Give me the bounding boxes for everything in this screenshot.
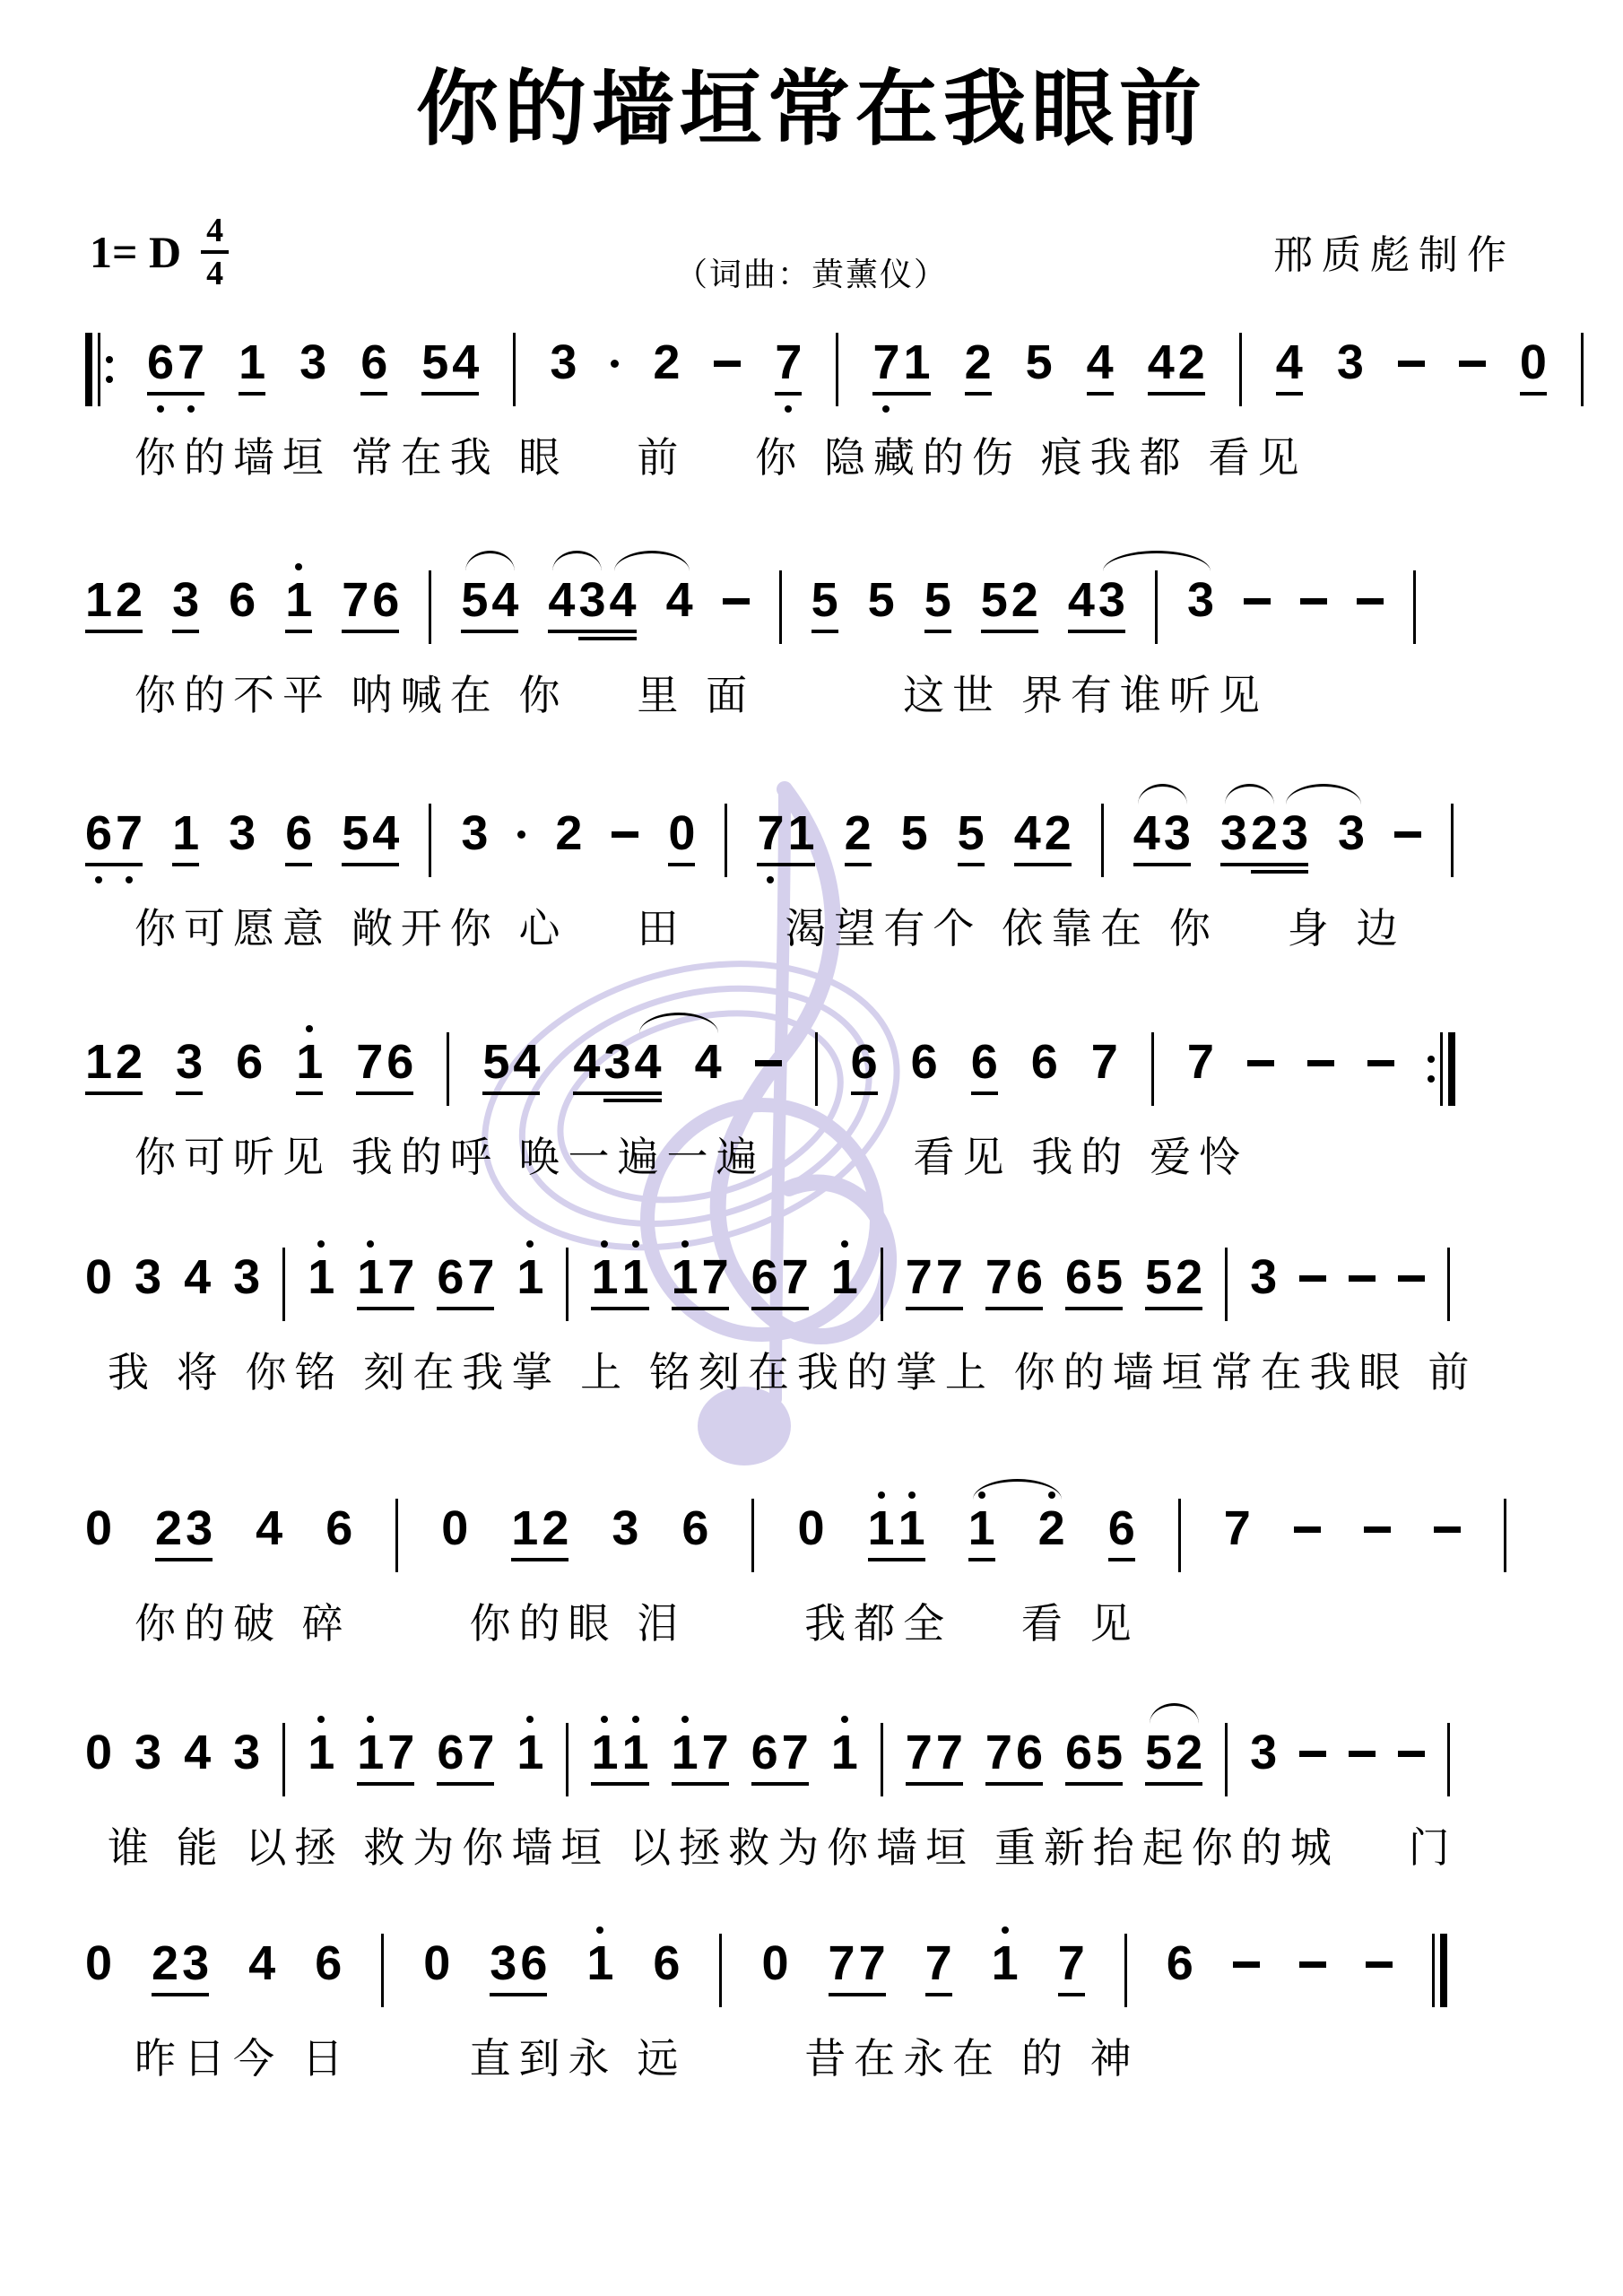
note-7: 7 bbox=[356, 1022, 383, 1118]
dash-extension bbox=[612, 831, 638, 838]
note-4: 4 bbox=[548, 560, 575, 656]
underline-slot bbox=[1091, 1088, 1118, 1102]
duration-underline bbox=[936, 1307, 963, 1310]
note-digit: 1 bbox=[85, 574, 112, 626]
duration-underline bbox=[936, 1782, 963, 1786]
note-4: 4 bbox=[372, 793, 399, 889]
note-1: 1 bbox=[622, 1712, 649, 1808]
underline-slot bbox=[622, 1779, 649, 1793]
note-digit: 1 bbox=[172, 807, 199, 859]
note-digit: 6 bbox=[315, 1937, 342, 1989]
underline-slot bbox=[1178, 388, 1205, 403]
octave-dot-below bbox=[157, 405, 164, 413]
underline-slot bbox=[555, 859, 582, 874]
duration-underline bbox=[1016, 1782, 1043, 1786]
note-digit: 5 bbox=[901, 807, 928, 859]
duration-underline bbox=[1176, 1782, 1202, 1786]
note-digit: 1 bbox=[788, 807, 815, 859]
note-1: 1 bbox=[85, 1022, 112, 1118]
song-title: 你的墙垣常在我眼前 bbox=[0, 43, 1623, 161]
barline bbox=[447, 1032, 449, 1106]
note-6: 6 bbox=[236, 1022, 263, 1118]
underline-slot bbox=[548, 626, 575, 640]
underline-slot bbox=[1096, 1779, 1123, 1793]
duration-underline bbox=[182, 1993, 209, 1996]
note-3: 3 bbox=[612, 1488, 638, 1584]
barline bbox=[1178, 1499, 1181, 1572]
repeat-start-barline bbox=[85, 333, 113, 406]
note-digit: 3 bbox=[1187, 574, 1214, 626]
note-1: 1 bbox=[308, 1237, 334, 1333]
underline-slot bbox=[116, 1088, 143, 1102]
octave-dot-above-slot bbox=[596, 1923, 603, 1937]
note-digit: 7 bbox=[782, 1251, 809, 1303]
octave-dot-above-slot bbox=[632, 1712, 639, 1726]
duration-underline bbox=[1520, 392, 1547, 396]
slur-arc bbox=[1138, 784, 1187, 804]
duration-underline bbox=[1176, 1307, 1202, 1310]
underline-slot bbox=[147, 388, 174, 403]
note-digit: 6 bbox=[1065, 1251, 1092, 1303]
note-6: 6 bbox=[911, 1022, 938, 1118]
note-digit: 7 bbox=[1224, 1502, 1251, 1554]
underline-slot bbox=[924, 626, 951, 640]
system-3: 67136543207125542433233你可愿意 敞开你 心 田 渴望有个… bbox=[85, 780, 1560, 955]
underline-slot bbox=[152, 1989, 178, 2004]
duration-underline bbox=[1096, 1782, 1123, 1786]
note-digit: 4 bbox=[452, 336, 479, 388]
slur-arc bbox=[1225, 784, 1274, 804]
note-digit: 1 bbox=[357, 1726, 384, 1779]
underline-slot bbox=[911, 1088, 938, 1102]
underline-slot bbox=[668, 859, 695, 874]
underline-slot bbox=[437, 1303, 464, 1318]
note-6: 6 bbox=[325, 1488, 352, 1584]
dash-extension bbox=[1459, 361, 1486, 367]
note-7: 7 bbox=[906, 1237, 933, 1333]
note-digit: 5 bbox=[1145, 1251, 1172, 1303]
duration-underline bbox=[387, 1782, 414, 1786]
duration-underline bbox=[542, 1558, 568, 1561]
note-digit: 4 bbox=[372, 807, 399, 859]
octave-dot-below-slot bbox=[785, 403, 792, 418]
underline-slot bbox=[761, 1989, 788, 2004]
duration-underline bbox=[782, 1782, 809, 1786]
octave-dot-above-slot bbox=[295, 560, 302, 574]
underline-slot bbox=[178, 388, 204, 403]
note-digit: 3 bbox=[186, 1502, 213, 1554]
note-digit: 7 bbox=[985, 1726, 1012, 1779]
octave-dot-above bbox=[596, 1926, 603, 1934]
underline-slot bbox=[751, 1779, 778, 1793]
octave-dot-above-slot bbox=[681, 1712, 689, 1726]
duration-underline bbox=[178, 392, 204, 396]
note-digit: 7 bbox=[829, 1937, 855, 1989]
note-digit: 2 bbox=[1251, 807, 1278, 859]
note-digit: 5 bbox=[421, 336, 448, 388]
duration-underline bbox=[520, 1993, 547, 1996]
octave-dot-above bbox=[526, 1240, 534, 1248]
underline-slot bbox=[467, 1779, 494, 1793]
underline-slot bbox=[423, 1989, 450, 2004]
note-1: 1 bbox=[672, 1237, 699, 1333]
duration-underline bbox=[635, 1099, 662, 1102]
dash-extension bbox=[1349, 1751, 1376, 1757]
note-2: 2 bbox=[155, 1488, 182, 1584]
note-digit: 1 bbox=[831, 1726, 858, 1779]
note-digit: 5 bbox=[461, 574, 488, 626]
note-digit: 0 bbox=[85, 1937, 112, 1989]
octave-dot-below bbox=[785, 405, 792, 413]
note-7: 7 bbox=[782, 1237, 809, 1333]
note-2: 2 bbox=[1251, 793, 1278, 889]
note-6: 6 bbox=[1016, 1712, 1043, 1808]
note-digit: 7 bbox=[757, 807, 784, 859]
octave-dot-above bbox=[306, 1025, 313, 1032]
note-digit: 2 bbox=[1178, 336, 1205, 388]
note-digit: 1 bbox=[968, 1502, 995, 1554]
dash-extension bbox=[1294, 1526, 1321, 1533]
note-4: 4 bbox=[695, 1022, 722, 1118]
note-3: 3 bbox=[299, 322, 326, 418]
octave-dot-above-slot bbox=[367, 1237, 374, 1251]
octave-dot-above-slot bbox=[317, 1237, 325, 1251]
note-digit: 6 bbox=[437, 1251, 464, 1303]
time-signature-top: 4 bbox=[201, 213, 229, 254]
note-6: 6 bbox=[437, 1237, 464, 1333]
barline bbox=[1413, 570, 1416, 644]
underline-slot bbox=[135, 1303, 161, 1318]
duration-underline bbox=[1098, 630, 1125, 633]
music-line: 67136543207125542433233 bbox=[85, 780, 1560, 889]
underline-slot bbox=[233, 1303, 260, 1318]
lyric-line: 昨日今 日 直到永 远 昔在永在 的 神 bbox=[85, 2026, 1560, 2085]
duration-underline bbox=[1164, 863, 1191, 866]
note-4: 4 bbox=[184, 1712, 211, 1808]
underline-slot bbox=[845, 859, 872, 874]
note-digit: 0 bbox=[797, 1502, 824, 1554]
note-digit: 0 bbox=[85, 1502, 112, 1554]
duration-underline bbox=[845, 863, 872, 866]
barline bbox=[719, 1934, 722, 2007]
underline-slot bbox=[229, 626, 256, 640]
note-0: 0 bbox=[423, 1923, 450, 2019]
note-digit: 6 bbox=[751, 1251, 778, 1303]
octave-dot-above-slot bbox=[317, 1712, 325, 1726]
underline-slot bbox=[653, 388, 680, 403]
note-6: 6 bbox=[681, 1488, 708, 1584]
note-digit: 2 bbox=[116, 1036, 143, 1088]
note-digit: 3 bbox=[176, 1036, 203, 1088]
note-digit: 5 bbox=[924, 574, 951, 626]
note-digit: 0 bbox=[85, 1251, 112, 1303]
repeat-dot bbox=[106, 356, 113, 363]
note-digit: 7 bbox=[356, 1036, 383, 1088]
octave-dot-above bbox=[908, 1492, 916, 1499]
note-1: 1 bbox=[672, 1712, 699, 1808]
duration-underline bbox=[452, 392, 479, 396]
barline bbox=[1124, 1934, 1127, 2007]
underline-slot bbox=[233, 1779, 260, 1793]
note-2: 2 bbox=[1011, 560, 1038, 656]
octave-dot-above bbox=[681, 1716, 689, 1723]
note-1: 1 bbox=[992, 1923, 1019, 2019]
note-6: 6 bbox=[1108, 1488, 1135, 1584]
note-0: 0 bbox=[1520, 322, 1547, 418]
note-3: 3 bbox=[1338, 793, 1365, 889]
note-7: 7 bbox=[775, 322, 802, 418]
note-0: 0 bbox=[441, 1488, 468, 1584]
slur-arc bbox=[1103, 551, 1211, 571]
octave-dot-above-slot bbox=[908, 1488, 916, 1502]
underline-slot bbox=[513, 1088, 540, 1102]
underline-slot bbox=[1224, 1554, 1251, 1569]
note-2: 2 bbox=[116, 1022, 143, 1118]
note-digit: 7 bbox=[906, 1251, 933, 1303]
barline bbox=[1504, 1499, 1506, 1572]
underline-slot bbox=[256, 1554, 282, 1569]
repeat-dots bbox=[106, 356, 113, 383]
underline-slot bbox=[578, 626, 605, 640]
underline-slot bbox=[308, 1303, 334, 1318]
underline-slot bbox=[573, 1088, 600, 1102]
octave-dot-above bbox=[1002, 1926, 1009, 1934]
note-0: 0 bbox=[668, 793, 695, 889]
note-digit: 1 bbox=[591, 1726, 618, 1779]
note-digit: 6 bbox=[236, 1036, 263, 1088]
note-4: 4 bbox=[513, 1022, 540, 1118]
dash-extension bbox=[1398, 361, 1425, 367]
repeat-dot bbox=[106, 376, 113, 383]
note-digit: 3 bbox=[1250, 1251, 1277, 1303]
note-1: 1 bbox=[85, 560, 112, 656]
underline-slot bbox=[452, 388, 479, 403]
note-digit: 4 bbox=[695, 1036, 722, 1088]
note-5: 5 bbox=[1096, 1712, 1123, 1808]
underline-slot bbox=[360, 388, 387, 403]
underline-slot bbox=[85, 1088, 112, 1102]
underline-slot bbox=[1026, 388, 1053, 403]
note-digit: 0 bbox=[668, 807, 695, 859]
note-digit: 7 bbox=[936, 1726, 963, 1779]
note-digit: 2 bbox=[555, 807, 582, 859]
note-0: 0 bbox=[85, 1712, 112, 1808]
underline-slot bbox=[135, 1779, 161, 1793]
note-7: 7 bbox=[859, 1923, 886, 2019]
underline-slot bbox=[542, 1554, 568, 1569]
note-digit: 5 bbox=[1145, 1726, 1172, 1779]
note-4: 4 bbox=[1068, 560, 1095, 656]
note-7: 7 bbox=[906, 1712, 933, 1808]
note-3: 3 bbox=[1164, 793, 1191, 889]
underline-slot bbox=[1133, 859, 1160, 874]
underline-slot bbox=[116, 859, 143, 874]
note-digit: 1 bbox=[586, 1937, 613, 1989]
note-digit: 2 bbox=[116, 574, 143, 626]
underline-slot bbox=[586, 1989, 613, 2004]
note-digit: 7 bbox=[1187, 1036, 1214, 1088]
note-6: 6 bbox=[147, 322, 174, 418]
note-digit: 4 bbox=[491, 574, 518, 626]
note-6: 6 bbox=[751, 1712, 778, 1808]
note-digit: 6 bbox=[653, 1937, 680, 1989]
dash-extension bbox=[1299, 1751, 1326, 1757]
note-digit: 7 bbox=[775, 336, 802, 388]
note-digit: 3 bbox=[229, 807, 256, 859]
note-digit: 3 bbox=[1098, 574, 1125, 626]
underline-slot bbox=[898, 1554, 925, 1569]
note-digit: 3 bbox=[461, 807, 488, 859]
note-digit: 7 bbox=[782, 1726, 809, 1779]
repeat-dot bbox=[1428, 1075, 1435, 1083]
octave-dot-above bbox=[681, 1240, 689, 1248]
underline-slot bbox=[1068, 626, 1095, 640]
duration-underline bbox=[702, 1782, 729, 1786]
note-1: 1 bbox=[308, 1712, 334, 1808]
duration-underline bbox=[622, 1307, 649, 1310]
underline-slot bbox=[236, 1088, 263, 1102]
underline-slot bbox=[308, 1779, 334, 1793]
underline-slot bbox=[985, 1779, 1012, 1793]
note-digit: 4 bbox=[573, 1036, 600, 1088]
duration-underline bbox=[285, 863, 312, 866]
octave-dot-above bbox=[295, 563, 302, 570]
underline-slot bbox=[965, 388, 992, 403]
octave-dot-below bbox=[882, 405, 890, 413]
dash-extension bbox=[1394, 831, 1421, 838]
underline-slot bbox=[1281, 859, 1308, 874]
note-digit: 6 bbox=[325, 1502, 352, 1554]
underline-slot bbox=[666, 626, 693, 640]
barline bbox=[381, 1934, 384, 2007]
duration-underline bbox=[958, 863, 985, 866]
note-digit: 1 bbox=[511, 1502, 538, 1554]
lyric-line: 你可听见 我的呼 唤一遍一遍 看见 我的 爱怜 bbox=[85, 1125, 1560, 1184]
underline-slot bbox=[859, 1989, 886, 2004]
note-6: 6 bbox=[1167, 1923, 1193, 2019]
dash-extension bbox=[1357, 598, 1384, 604]
dash-extension bbox=[1300, 598, 1327, 604]
note-2: 2 bbox=[653, 322, 680, 418]
underline-slot bbox=[482, 1088, 509, 1102]
underline-slot bbox=[229, 859, 256, 874]
underline-slot bbox=[467, 1303, 494, 1318]
octave-dot-below-slot bbox=[187, 403, 195, 418]
note-digit: 6 bbox=[971, 1036, 998, 1088]
underline-slot bbox=[182, 1989, 209, 2004]
duration-underline bbox=[925, 1993, 952, 1996]
note-digit: 6 bbox=[851, 1036, 878, 1088]
octave-dot-above bbox=[632, 1240, 639, 1248]
octave-dot-above bbox=[367, 1716, 374, 1723]
repeat-end-barline bbox=[1428, 1032, 1455, 1106]
note-3: 3 bbox=[135, 1237, 161, 1333]
underline-slot bbox=[971, 1088, 998, 1102]
note-4: 4 bbox=[610, 560, 637, 656]
note-digit: 6 bbox=[437, 1726, 464, 1779]
note-digit: 6 bbox=[360, 336, 387, 388]
dash-extension bbox=[723, 598, 750, 604]
system-6: 02346012360111267你的破 碎 你的眼 泪 我都全 看 见 bbox=[85, 1475, 1560, 1650]
duration-underline bbox=[116, 1091, 143, 1095]
duration-underline bbox=[1016, 1307, 1043, 1310]
note-digit: 3 bbox=[1250, 1726, 1277, 1779]
note-6: 6 bbox=[851, 1022, 878, 1118]
note-1: 1 bbox=[172, 793, 199, 889]
dash-extension bbox=[1349, 1275, 1376, 1282]
underline-slot bbox=[299, 388, 326, 403]
underline-slot bbox=[1108, 1554, 1135, 1569]
octave-dot-below bbox=[767, 876, 774, 883]
note-7: 7 bbox=[872, 322, 899, 418]
note-digit: 3 bbox=[612, 1502, 638, 1554]
duration-underline bbox=[904, 392, 931, 396]
duration-underline bbox=[513, 1091, 540, 1095]
note-6: 6 bbox=[229, 560, 256, 656]
note-digit: 5 bbox=[1026, 336, 1053, 388]
note-0: 0 bbox=[761, 1923, 788, 2019]
underline-slot bbox=[1065, 1303, 1092, 1318]
note-digit: 1 bbox=[868, 1502, 895, 1554]
duration-underline bbox=[1058, 1993, 1085, 1996]
note-digit: 6 bbox=[147, 336, 174, 388]
note-1: 1 bbox=[586, 1923, 613, 2019]
note-6: 6 bbox=[1065, 1712, 1092, 1808]
sheet-music-page: 你的墙垣常在我眼前 1= D 4 4 （词曲：黄薰仪） 邢质彪制作 671365… bbox=[0, 0, 1623, 2296]
underline-slot bbox=[372, 626, 399, 640]
barline bbox=[815, 1032, 818, 1106]
underline-slot bbox=[1058, 1989, 1085, 2004]
duration-underline bbox=[372, 863, 399, 866]
underline-slot bbox=[372, 859, 399, 874]
underline-slot bbox=[437, 1779, 464, 1793]
duration-underline bbox=[172, 630, 199, 633]
note-digit: 6 bbox=[751, 1726, 778, 1779]
note-3: 3 bbox=[229, 793, 256, 889]
duration-underline bbox=[668, 863, 695, 866]
note-digit: 7 bbox=[985, 1251, 1012, 1303]
dash-extension bbox=[1299, 1275, 1326, 1282]
underline-slot bbox=[968, 1554, 995, 1569]
barline bbox=[779, 570, 782, 644]
note-digit: 3 bbox=[172, 574, 199, 626]
underline-slot bbox=[511, 1554, 538, 1569]
underline-slot bbox=[1011, 626, 1038, 640]
note-digit: 6 bbox=[1016, 1251, 1043, 1303]
note-7: 7 bbox=[1187, 1022, 1214, 1118]
slur-arc bbox=[614, 551, 690, 571]
note-2: 2 bbox=[1045, 793, 1072, 889]
underline-slot bbox=[1087, 388, 1114, 403]
note-1: 1 bbox=[868, 1488, 895, 1584]
slur-arc bbox=[552, 551, 602, 571]
underline-slot bbox=[1167, 1989, 1193, 2004]
note-digit: 3 bbox=[135, 1251, 161, 1303]
dash-extension bbox=[1233, 1961, 1260, 1968]
note-4: 4 bbox=[452, 322, 479, 418]
underline-slot bbox=[491, 626, 518, 640]
note-7: 7 bbox=[1058, 1923, 1085, 2019]
note-digit: 5 bbox=[482, 1036, 509, 1088]
underline-slot bbox=[85, 1303, 112, 1318]
note-digit: 4 bbox=[1148, 336, 1175, 388]
octave-dot-below-slot bbox=[95, 874, 102, 889]
underline-slot bbox=[992, 1989, 1019, 2004]
note-digit: 1 bbox=[516, 1251, 543, 1303]
underline-slot bbox=[1176, 1303, 1202, 1318]
dash-extension bbox=[1366, 1961, 1393, 1968]
underline-slot bbox=[1276, 388, 1303, 403]
